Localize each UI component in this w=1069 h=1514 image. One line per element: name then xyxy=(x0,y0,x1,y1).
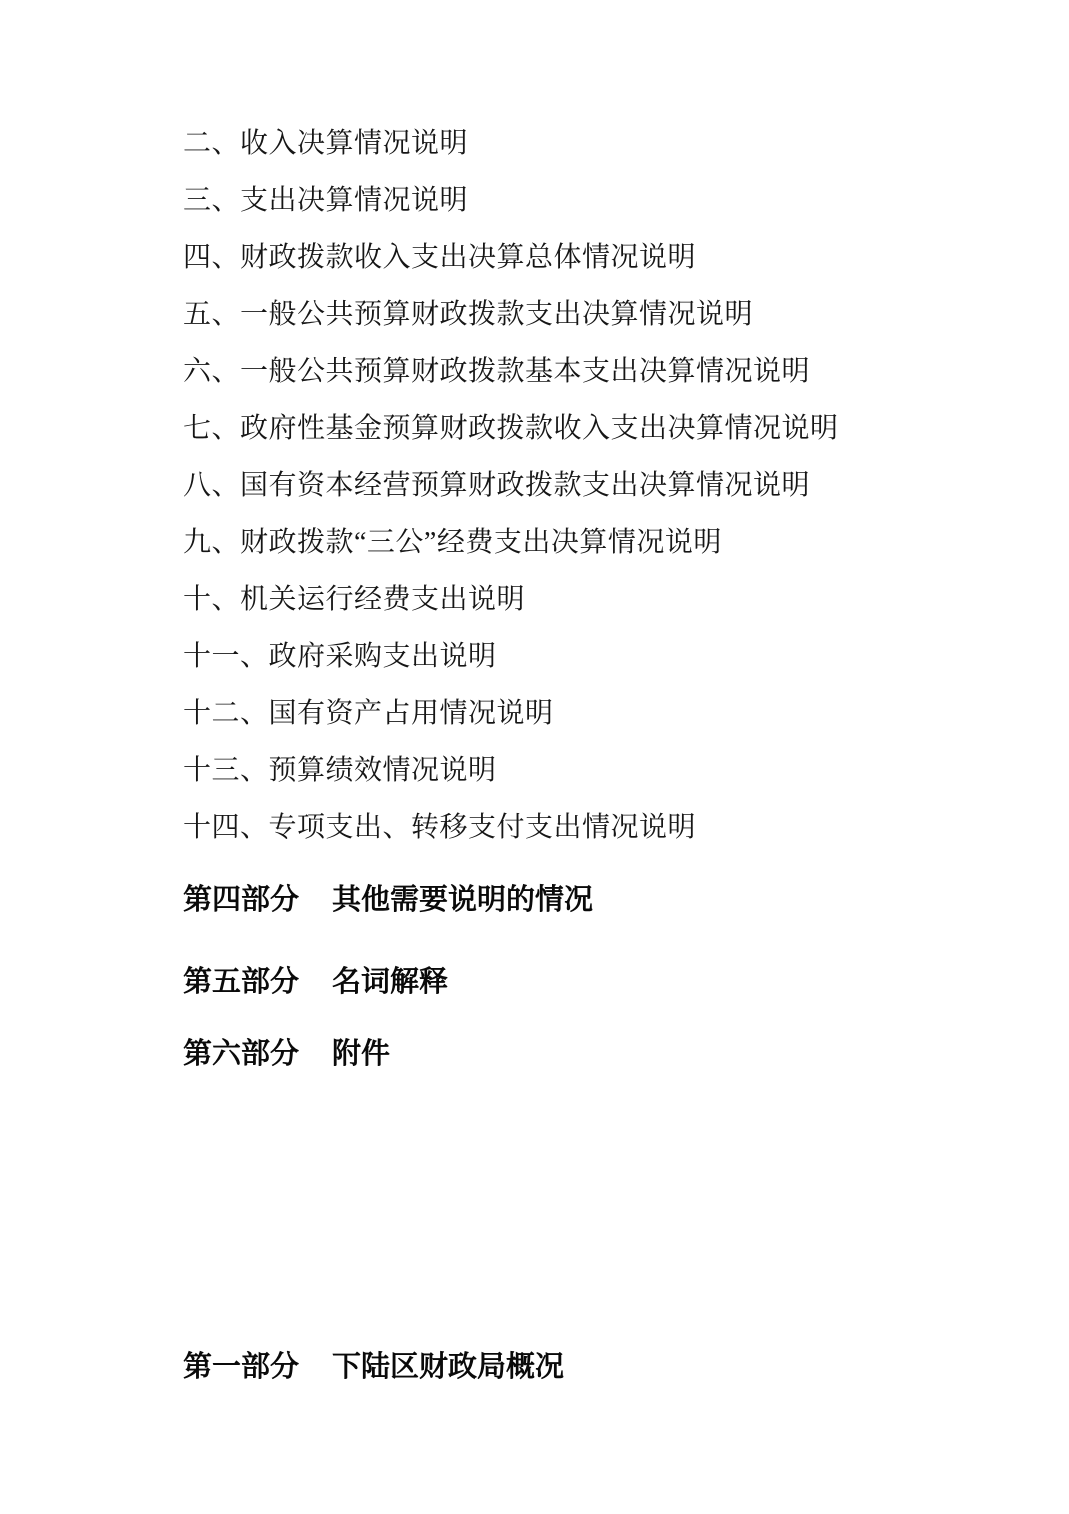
toc-item: 六、一般公共预算财政拨款基本支出决算情况说明 xyxy=(183,343,989,400)
section-heading-part4: 第四部分 其他需要说明的情况 xyxy=(183,872,989,929)
toc-item: 七、政府性基金预算财政拨款收入支出决算情况说明 xyxy=(183,400,989,457)
section-heading-part5: 第五部分 名词解释 xyxy=(183,954,989,1011)
section-title: 其他需要说明的情况 xyxy=(332,872,593,929)
toc-item: 三、支出决算情况说明 xyxy=(183,172,989,229)
toc-item: 十二、国有资产占用情况说明 xyxy=(183,685,989,742)
section-title: 名词解释 xyxy=(332,954,448,1011)
document-page: 二、收入决算情况说明 三、支出决算情况说明 四、财政拨款收入支出决算总体情况说明… xyxy=(0,0,1069,1514)
toc-item: 十三、预算绩效情况说明 xyxy=(183,742,989,799)
toc-item: 五、一般公共预算财政拨款支出决算情况说明 xyxy=(183,286,989,343)
section-heading-part6: 第六部分 附件 xyxy=(183,1026,989,1083)
toc-item: 四、财政拨款收入支出决算总体情况说明 xyxy=(183,229,989,286)
section-title: 附件 xyxy=(332,1026,390,1083)
section-label: 第一部分 xyxy=(183,1339,299,1396)
section-label: 第五部分 xyxy=(183,954,299,1011)
section-label: 第六部分 xyxy=(183,1026,299,1083)
toc-item: 二、收入决算情况说明 xyxy=(183,115,989,172)
toc-item: 八、国有资本经营预算财政拨款支出决算情况说明 xyxy=(183,457,989,514)
section-title: 下陆区财政局概况 xyxy=(332,1339,564,1396)
toc-item: 十四、专项支出、转移支付支出情况说明 xyxy=(183,799,989,856)
section-heading-part1: 第一部分 下陆区财政局概况 xyxy=(183,1339,989,1396)
table-of-contents: 二、收入决算情况说明 三、支出决算情况说明 四、财政拨款收入支出决算总体情况说明… xyxy=(0,0,1069,1396)
toc-item: 十一、政府采购支出说明 xyxy=(183,628,989,685)
section-label: 第四部分 xyxy=(183,872,299,929)
toc-item: 十、机关运行经费支出说明 xyxy=(183,571,989,628)
toc-item: 九、财政拨款“三公”经费支出决算情况说明 xyxy=(183,514,989,571)
